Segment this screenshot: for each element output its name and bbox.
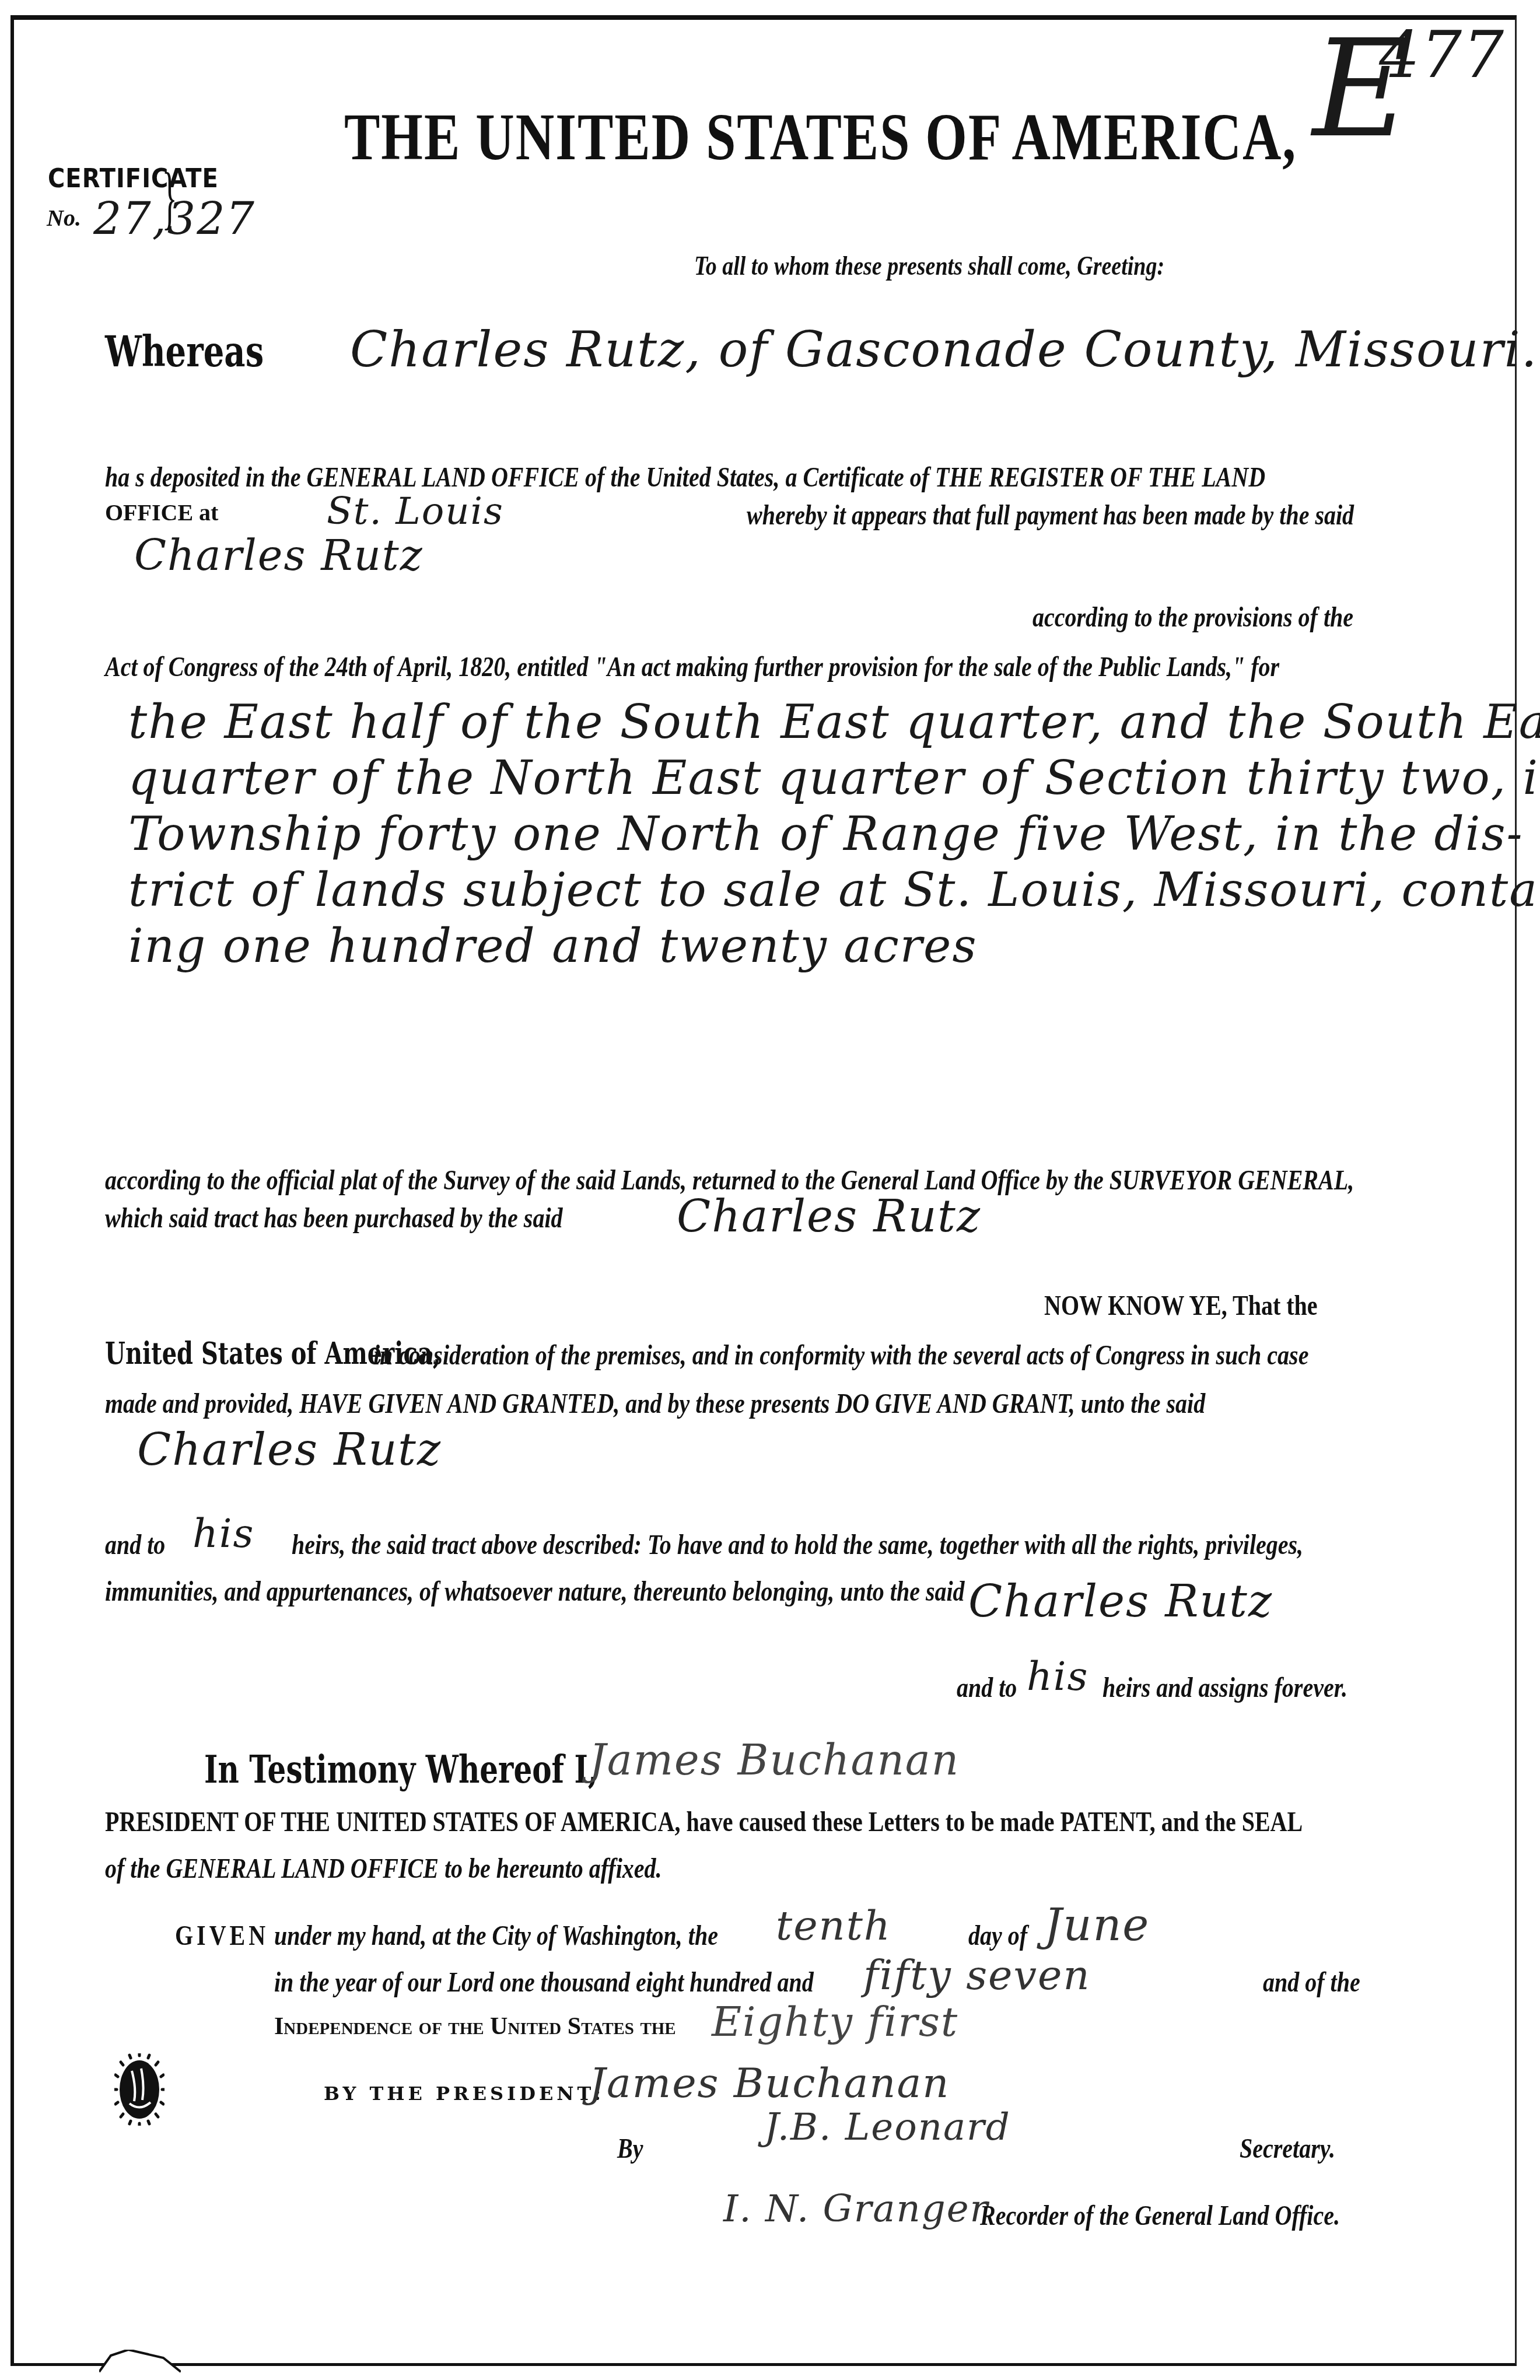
general-land-office-seal-icon (114, 2053, 164, 2126)
heirs-forever: heirs and assigns forever. (1102, 1671, 1347, 1704)
brace: } (162, 157, 177, 238)
independence-line: Independence of the United States the (274, 2013, 676, 2041)
year-line: in the year of our Lord one thousand eig… (274, 1966, 814, 1999)
paper-notch (99, 2350, 181, 2373)
certificate-label: CERTIFICATE (48, 164, 219, 194)
para1-whereby: whereby it appears that full payment has… (747, 499, 1354, 531)
given-label: GIVEN (175, 1919, 269, 1952)
purchased-line: which said tract has been purchased by t… (105, 1202, 563, 1234)
land-description-line: ing one hundred and twenty acres (128, 918, 1540, 974)
now-know-ye: NOW KNOW YE, That the (1044, 1289, 1318, 1322)
by-the-president: BY THE PRESIDENT: (324, 2082, 604, 2105)
immunities-line: immunities, and appurtenances, of whatso… (105, 1575, 965, 1608)
page-number: 477 (1379, 17, 1505, 92)
seal-line: of the GENERAL LAND OFFICE to be hereunt… (105, 1852, 662, 1885)
pronoun-2: his (1027, 1654, 1088, 1700)
day-value: tenth (776, 1902, 891, 1950)
secretary-signature: J.B. Leonard (764, 2106, 1011, 2149)
pronoun-1: his (192, 1511, 254, 1557)
granted-line: made and provided, HAVE GIVEN AND GRANTE… (105, 1387, 1205, 1420)
whereas-label: Whereas (105, 327, 264, 377)
act-line: Act of Congress of the 24th of April, 18… (105, 650, 1279, 683)
grantee-intro: Charles Rutz, of Gasconade County, Misso… (350, 321, 1538, 378)
greeting: To all to whom these presents shall come… (694, 251, 1164, 282)
grantee-name-2: Charles Rutz (677, 1190, 981, 1242)
heirs-line: heirs, the said tract above described: T… (292, 1528, 1303, 1561)
and-of-the: and of the (1263, 1966, 1360, 1999)
day-of: day of (968, 1919, 1027, 1952)
recorder-signature: I. N. Granger (723, 2187, 989, 2231)
president-name: James Buchanan (589, 1735, 960, 1784)
testimony-label: In Testimony Whereof I, (204, 1747, 598, 1792)
para1-line1: ha s deposited in the GENERAL LAND OFFIC… (105, 461, 1265, 494)
grantee-name-3: Charles Rutz (137, 1423, 442, 1475)
document-title: THE UNITED STATES OF AMERICA, (344, 98, 1297, 176)
land-office-location: St. Louis (327, 490, 504, 533)
given-line: under my hand, at the City of Washington… (274, 1919, 718, 1952)
land-description-line: Township forty one North of Range five W… (128, 806, 1540, 862)
land-description-line: the East half of the South East quarter,… (128, 694, 1540, 750)
independence-value: Eighty first (712, 1998, 958, 2046)
para1-office-at: OFFICE at (105, 499, 218, 526)
recorder-label: Recorder of the General Land Office. (980, 2199, 1340, 2232)
and-to-2: and to (957, 1671, 1017, 1704)
by-label: By (617, 2132, 643, 2165)
president-line: PRESIDENT OF THE UNITED STATES OF AMERIC… (105, 1805, 1303, 1838)
grantee-name-1: Charles Rutz (134, 531, 423, 580)
president-signature: James Buchanan (589, 2059, 950, 2107)
secretary-label: Secretary. (1240, 2132, 1335, 2165)
para1-according: according to the provisions of the (1032, 601, 1353, 633)
year-value: fifty seven (863, 1951, 1091, 1999)
grantee-name-4: Charles Rutz (968, 1575, 1273, 1627)
land-description: the East half of the South East quarter,… (128, 694, 1540, 974)
and-to-1: and to (105, 1528, 165, 1561)
land-description-line: trict of lands subject to sale at St. Lo… (128, 862, 1540, 918)
month-value: June (1044, 1899, 1150, 1951)
consideration-line: in consideration of the premises, and in… (373, 1339, 1308, 1371)
certificate-no-prefix: No. (47, 204, 81, 232)
land-description-line: quarter of the North East quarter of Sec… (128, 750, 1540, 806)
